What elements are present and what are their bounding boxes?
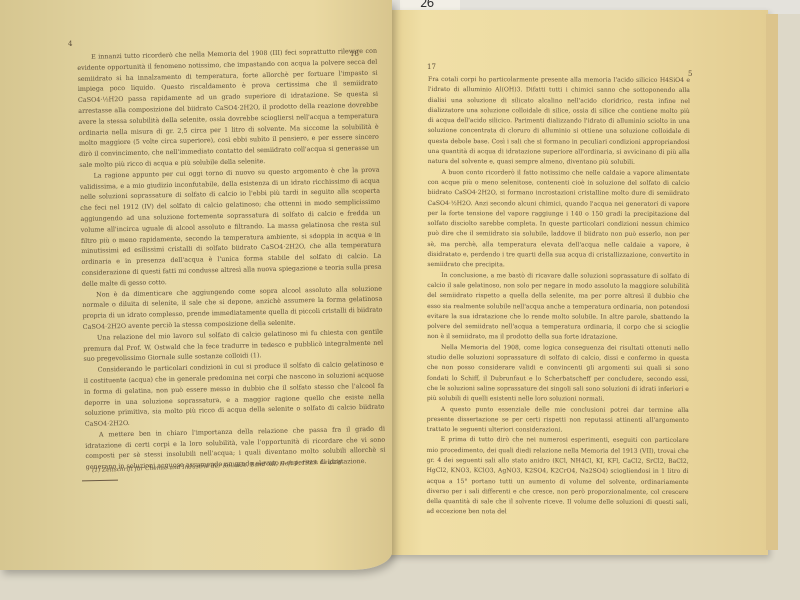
right-page-number-outer: 17 xyxy=(427,63,436,71)
paragraph: Nella Memoria del 1908, come logica cons… xyxy=(427,343,689,406)
paragraph: E prima di tutto dirò che nei numerosi e… xyxy=(426,435,688,518)
handwritten-label: 26 xyxy=(420,0,433,10)
paragraph: In conclusione, a me bastò di ricavare d… xyxy=(427,271,689,344)
right-page-edge xyxy=(766,14,778,550)
paragraph: A buon conto ricorderò il fatto notissim… xyxy=(427,168,689,272)
paragraph: La ragione appunto per cui oggi torno di… xyxy=(79,164,381,289)
paragraph: Considerando le particolari condizioni i… xyxy=(84,359,385,430)
paragraph: Non è da dimenticare che aggiungendo com… xyxy=(82,283,383,332)
paragraph: A questo punto essenziale delle mie conc… xyxy=(427,404,689,436)
left-page-number-outer: 4 xyxy=(68,40,72,48)
right-page-body: Fra cotali corpi ho particolarmente pres… xyxy=(426,75,690,519)
paragraph: E innanzi tutto ricorderò che nella Memo… xyxy=(77,46,379,171)
left-page-body: E innanzi tutto ricorderò che nella Memo… xyxy=(77,46,386,473)
paragraph: Fra cotali corpi ho particolarmente pres… xyxy=(428,75,690,169)
